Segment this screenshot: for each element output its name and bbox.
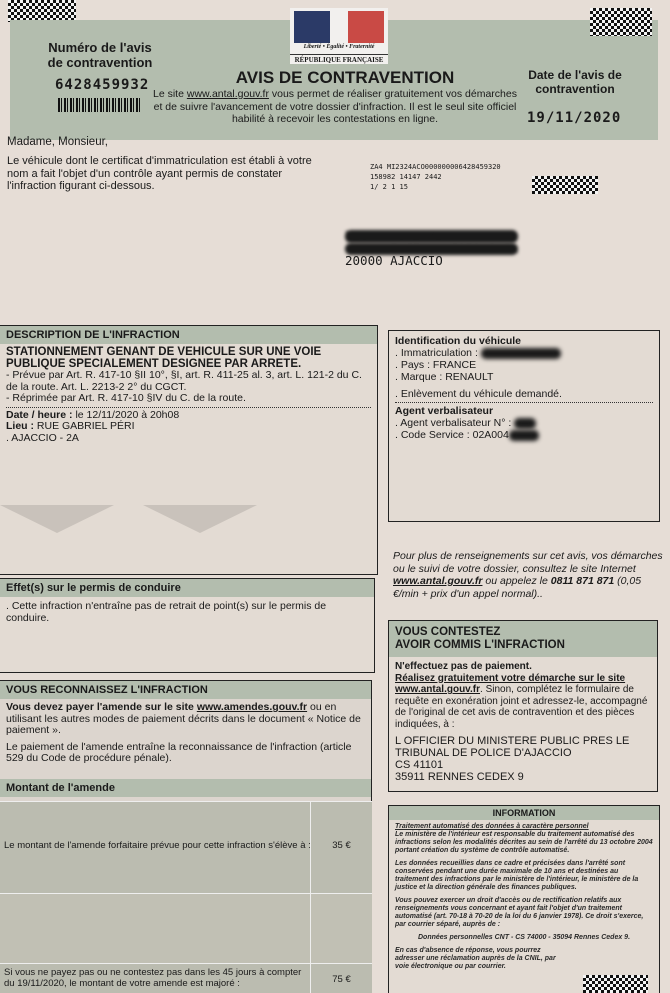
document-title: AVIS DE CONTRAVENTION [200,68,490,88]
amende-forfaitaire-label: Le montant de l'amende forfaitaire prévu… [4,840,311,851]
antal-contest-link[interactable]: www.antal.gouv.fr [395,684,480,695]
amende-heading: Montant de l'amende [0,779,371,797]
vehicle-plate: . Immatriculation : [395,347,653,359]
datamatrix-code-top-left [8,0,76,22]
avis-number: 6428459932 [55,77,149,93]
republic-motto: Liberté • Égalité • Fraternité [290,44,388,50]
description-heading: DESCRIPTION DE L'INFRACTION [0,326,377,344]
reconnaissez-heading: VOUS RECONNAISSEZ L'INFRACTION [0,681,371,699]
contest-heading: VOUS CONTESTEZ AVOIR COMMIS L'INFRACTION [389,621,657,657]
info-p3: Vous pouvez exercer un droit d'accès ou … [395,897,653,929]
info-p4: En cas d'absence de réponse, vous pourre… [395,947,565,971]
date-value: 19/11/2020 [527,110,621,126]
divider [6,407,371,408]
amende-empty-row [0,893,372,963]
antal-link[interactable]: www.antal.gouv.fr [187,88,269,100]
description-section: DESCRIPTION DE L'INFRACTION STATIONNEMEN… [0,325,378,575]
antal-info-link[interactable]: www.antal.gouv.fr [393,575,482,587]
divider [395,402,653,403]
document-subtitle: Le site www.antal.gouv.fr vous permet de… [150,88,520,126]
recipient-city: 20000 AJACCIO [345,255,518,268]
flag-blue-icon [294,11,330,43]
amende-forfaitaire-row: Le montant de l'amende forfaitaire prévu… [0,801,372,893]
amende-empty-value [310,894,372,963]
vehicle-country: . Pays : FRANCE [395,359,653,371]
contest-instructions: N'effectuez pas de paiement. Réalisez gr… [389,657,657,787]
info-address: Données personnelles CNT - CS 74000 - 35… [395,934,653,942]
redacted-agent [514,418,536,429]
ref-code-line: 158982 14147 2442 [370,172,501,182]
avis-number-label: Numéro de l'avis de contravention [40,40,160,70]
information-heading: INFORMATION [389,806,659,820]
effet-heading: Effet(s) sur le permis de conduire [0,579,374,597]
infraction-location: Lieu : RUE GABRIEL PÉRI [0,421,377,433]
contest-section: VOUS CONTESTEZ AVOIR COMMIS L'INFRACTION… [388,620,658,792]
chevron-decoration-icon [143,505,257,533]
phone-number: 0811 871 871 [551,575,614,587]
flag-red-icon [348,11,384,43]
amendes-link[interactable]: www.amendes.gouv.fr [197,701,307,713]
reconnaissez-pay-text: Vous devez payer l'amende sur le site ww… [0,699,371,737]
effet-section: Effet(s) sur le permis de conduire . Cet… [0,578,375,673]
vehicle-brand: . Marque : RENAULT [395,371,653,383]
amende-majoree-row: Si vous ne payez pas ou ne contestez pas… [0,963,372,993]
more-info-text: Pour plus de renseignements sur cet avis… [393,550,663,600]
salutation: Madame, Monsieur, [7,136,108,148]
info-p1: Le ministère de l'intérieur est responsa… [395,831,653,854]
barcode-icon [58,98,140,112]
info-p2: Les données recueillies dans ce cadre et… [395,860,653,892]
effet-text: . Cette infraction n'entraîne pas de ret… [0,597,374,624]
vehicle-removal: . Enlèvement du véhicule demandé. [395,388,653,400]
infraction-title: STATIONNEMENT GENANT DE VEHICULE SUR UNE… [0,344,377,370]
agent-number: . Agent verbalisateur N° : [395,417,653,429]
no-payment-note: N'effectuez pas de paiement. [395,661,651,673]
contest-address: L OFFICIER DU MINISTERE PUBLIC PRES LE T… [395,735,651,783]
marianne-logo-icon: Liberté • Égalité • Fraternité RÉPUBLIQU… [290,8,388,64]
amende-majoree-value: 75 € [310,964,372,993]
datamatrix-code-bottom [583,975,648,993]
republic-name: RÉPUBLIQUE FRANÇAISE [290,54,388,64]
vehicle-identification-section: Identification du véhicule . Immatricula… [388,330,660,522]
amende-majoree-label: Si vous ne payez pas ou ne contestez pas… [4,967,304,989]
recipient-address: ROBINEAU SAMUEL 8 RUE SERGENT CASALONGA … [345,230,518,268]
ref-code-line: ZA4 MI2324ACO000000006428459320 [370,162,501,172]
info-p1-title: Traitement automatisé des données à cara… [395,823,589,830]
reconnaissez-section: VOUS RECONNAISSEZ L'INFRACTION Vous deve… [0,680,372,993]
intro-text: Le véhicule dont le certificat d'immatri… [7,155,327,193]
vehicle-heading: Identification du véhicule [395,335,653,347]
datamatrix-code-middle [532,176,598,194]
information-section: INFORMATION Traitement automatisé des do… [388,805,660,993]
realisez-note: Réalisez gratuitement votre démarche sur… [395,673,651,685]
infraction-commune: . AJACCIO - 2A [0,433,377,445]
ref-code-line: 1/ 2 1 15 [370,182,501,192]
information-text: Traitement automatisé des données à cara… [389,820,659,979]
vehicle-details: Identification du véhicule . Immatricula… [389,331,659,445]
amende-forfaitaire-value: 35 € [310,802,372,893]
reconnaissez-effect: Le paiement de l'amende entraîne la reco… [0,737,371,765]
datamatrix-code-top-right [590,8,652,36]
redacted-plate [481,348,561,359]
redacted-service [509,430,539,441]
chevron-decoration-icon [0,505,114,533]
infraction-prevue: - Prévue par Art. R. 417-10 §II 10°, §I,… [0,370,377,393]
recipient-street: 8 RUE SERGENT CASALONGA [345,243,518,256]
agent-heading: Agent verbalisateur [395,405,653,417]
date-label: Date de l'avis de contravention [520,68,630,96]
infraction-reprimee: - Réprimée par Art. R. 417-10 §IV du C. … [0,393,377,405]
service-code: . Code Service : 02A004 [395,429,653,441]
reference-codes: ZA4 MI2324ACO000000006428459320 158982 1… [370,162,501,192]
